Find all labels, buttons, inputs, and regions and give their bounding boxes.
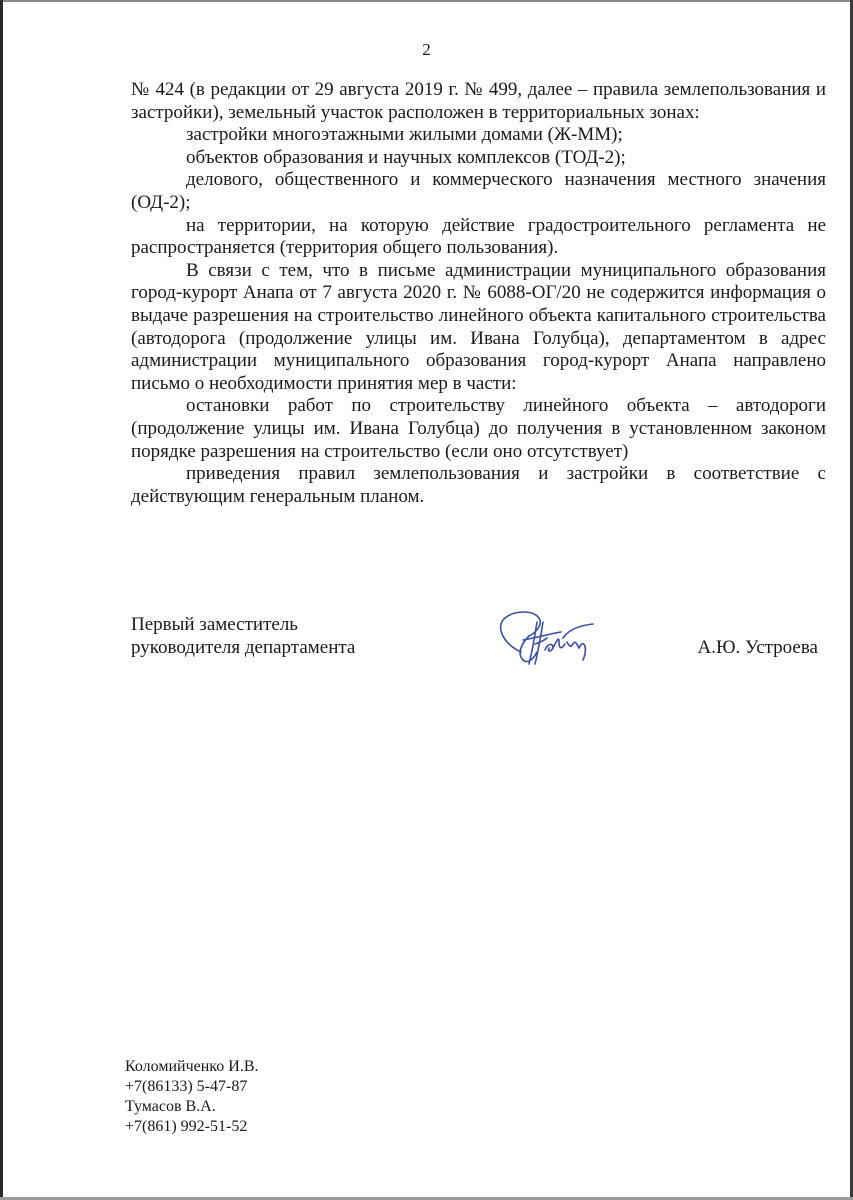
paragraph-zones-intro: № 424 (в редакции от 29 августа 2019 г. … <box>131 79 826 124</box>
handwritten-signature-icon <box>493 604 603 674</box>
contact-name-2: Тумасов В.А. <box>125 1097 259 1117</box>
contact-phone-1: +7(86133) 5-47-87 <box>125 1077 259 1097</box>
paragraph-zone-od-2: делового, общественного и коммерческого … <box>131 169 826 214</box>
signer-name: А.Ю. Устроева <box>698 637 818 660</box>
contact-phone-2: +7(861) 992-51-52 <box>125 1117 259 1137</box>
contact-name-1: Коломийченко И.В. <box>125 1057 259 1077</box>
paragraph-zone-public: на территории, на которую действие градо… <box>131 215 826 260</box>
paragraph-measure-align-rules: приведения правил землепользования и зас… <box>131 463 826 508</box>
scan-border-top <box>0 0 853 2</box>
scan-border-left <box>0 0 3 1200</box>
paragraph-zone-zh-mm: застройки многоэтажными жилыми домами (Ж… <box>131 124 826 147</box>
paragraph-zone-tod-2: объектов образования и научных комплексо… <box>131 147 826 170</box>
signer-title: Первый заместитель руководителя департам… <box>131 614 355 659</box>
signer-title-line-2: руководителя департамента <box>131 637 355 660</box>
signer-title-line-1: Первый заместитель <box>131 614 355 637</box>
letter-body: № 424 (в редакции от 29 августа 2019 г. … <box>131 79 826 508</box>
page-number: 2 <box>0 40 853 60</box>
contacts-block: Коломийченко И.В. +7(86133) 5-47-87 Тума… <box>125 1057 259 1137</box>
paragraph-main-statement: В связи с тем, что в письме администраци… <box>131 260 826 396</box>
signature-block: Первый заместитель руководителя департам… <box>131 614 826 684</box>
paragraph-measure-stop-works: остановки работ по строительству линейно… <box>131 395 826 463</box>
